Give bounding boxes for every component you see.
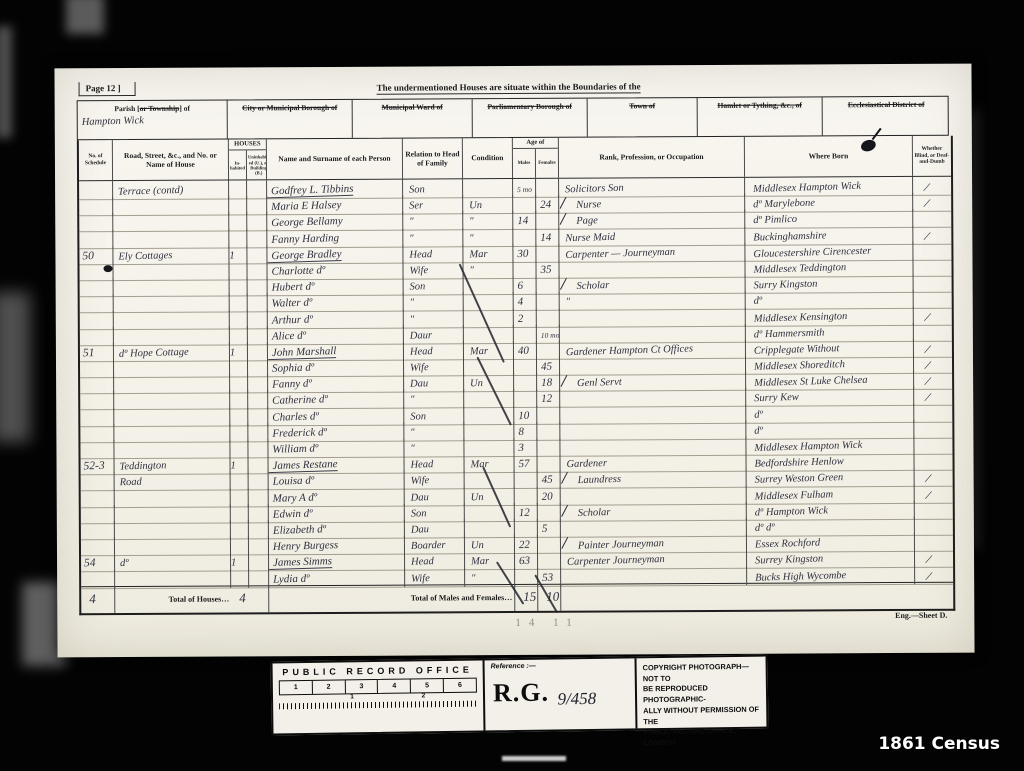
handwritten-entry: Un <box>465 492 484 503</box>
ruler-inch-label: 6 <box>444 679 476 692</box>
decorative-element: ] of <box>179 104 190 113</box>
col-header-road: Road, Street, &c., and No. or Name of Ho… <box>113 139 229 180</box>
scan-artifact <box>0 26 12 138</box>
ink-blot <box>103 265 112 272</box>
handwritten-entry: Un <box>463 201 482 212</box>
handwritten-entry: / <box>914 550 932 566</box>
handwritten-entry: 1 <box>229 251 235 262</box>
handwritten-entry: ″ <box>404 444 415 455</box>
handwritten-entry: 1 <box>230 462 236 473</box>
handwritten-entry: Un <box>464 379 483 390</box>
form-top-row: Page 12 ] The undermentioned Houses are … <box>77 74 949 101</box>
handwritten-entry: 20 <box>538 491 553 502</box>
page-number-label: Page 12 ] <box>79 82 136 96</box>
copyright-line: BE REPRODUCED PHOTOGRAPHIC- <box>643 683 762 706</box>
handwritten-entry: / <box>913 355 931 371</box>
copyright-line: COPYRIGHT PHOTOGRAPH—NOT TO <box>643 662 762 685</box>
ruler-inch-label: 4 <box>378 680 411 693</box>
col-header-occupation: Rank, Profession, or Occupation <box>559 137 745 178</box>
pro-ruler-section: PUBLIC RECORD OFFICE 123456 1 2 <box>273 660 486 733</box>
ruler-inch-label: 1 <box>280 681 313 694</box>
col-header-schedule: No. of Schedule <box>79 140 113 180</box>
handwritten-entry: 6 <box>513 281 523 292</box>
age-group-title: Age of <box>513 138 558 149</box>
handwritten-entry: 12 <box>537 394 552 405</box>
handwritten-entry: dº <box>115 559 129 570</box>
handwritten-entry: 14 <box>536 232 551 243</box>
col-header-infirmity: Whether Blind, or Deaf-and-Dumb <box>913 136 951 176</box>
ruler-cm-label: 1 <box>350 693 354 700</box>
handwritten-entry: Son <box>405 509 427 520</box>
below-table-row: 14 11 Eng.—Sheet D. <box>79 610 951 643</box>
handwritten-entry: 24 <box>536 200 551 211</box>
district-box-label: Ecclesiastical District of <box>823 100 950 110</box>
handwritten-entry: dº <box>746 410 763 421</box>
handwritten-entry: / <box>913 371 931 387</box>
handwritten-entry: William dº <box>268 443 318 455</box>
district-box-label: Municipal Ward of <box>353 102 472 112</box>
age-subheaders: Males Females <box>513 149 558 178</box>
ruler-cm-scale: 1 2 <box>279 695 477 710</box>
handwritten-entry: 10 <box>514 410 529 421</box>
handwritten-entry: / <box>912 226 930 242</box>
handwritten-entry: Arthur dº <box>268 314 313 326</box>
total-houses-value: 4 <box>231 586 246 604</box>
handwritten-entry: Edwin dº <box>269 508 313 520</box>
handwritten-entry: 12 <box>515 507 530 518</box>
handwritten-entry: ″ <box>403 218 414 229</box>
handwritten-entry: dº <box>746 426 763 437</box>
handwritten-entry: Walter dº <box>268 298 313 310</box>
handwritten-entry: 4 <box>514 297 524 308</box>
houses-subheaders: In- habited Uninhabit-ed (U.), or Buildi… <box>229 150 266 179</box>
handwritten-entry: 3 <box>514 443 524 454</box>
handwritten-entry: ″ <box>465 574 476 585</box>
decorative-element: Town of <box>629 101 655 110</box>
handwritten-entry: 40 <box>514 346 529 357</box>
table-body: Terrace (contd)Godfrey L. TibbinsSon5 mo… <box>79 177 953 586</box>
scan-artifact <box>66 0 104 34</box>
handwritten-entry: 63 <box>515 556 530 567</box>
ruler-inch-scale: 123456 <box>279 678 477 696</box>
district-box-label: City or Municipal Borough of <box>228 103 352 113</box>
table-header-row: No. of Schedule Road, Street, &c., and N… <box>79 136 951 182</box>
handwritten-entry: ″ <box>463 217 474 228</box>
handwritten-entry: ″ <box>560 298 571 309</box>
handwritten-entry: 5 mo <box>513 187 537 194</box>
handwritten-entry: Fanny dº <box>268 379 312 391</box>
handwritten-entry: Son <box>404 412 426 423</box>
census-table: No. of Schedule Road, Street, &c., and N… <box>77 136 955 615</box>
handwritten-entry: dº <box>746 297 763 308</box>
pro-reference-strip: PUBLIC RECORD OFFICE 123456 1 2 Referenc… <box>271 655 769 736</box>
handwritten-entry: ″ <box>404 315 415 326</box>
handwritten-entry: Mary A dº <box>269 492 318 504</box>
handwritten-entry: 54 <box>81 558 96 570</box>
reference-number-line: R.G. 9/458 <box>493 677 597 710</box>
handwritten-entry: / <box>913 339 931 355</box>
district-box: Municipal Ward of <box>353 99 473 138</box>
scan-artifact <box>0 292 30 442</box>
district-box-value: Hampton Wick <box>82 116 144 128</box>
handwritten-entry: / <box>913 388 931 404</box>
district-box: City or Municipal Borough of <box>228 100 353 139</box>
decorative-element: Parish [ <box>114 104 139 113</box>
pro-office-title: PUBLIC RECORD OFFICE <box>279 665 477 678</box>
ruler-inch-label: 5 <box>411 679 444 692</box>
footer-blank-cell <box>561 582 969 610</box>
handwritten-entry: 51 <box>80 348 95 360</box>
handwritten-entry: 45 <box>537 475 552 486</box>
district-box: Parish [or Township] ofHampton Wick <box>78 100 228 139</box>
handwritten-entry: 52-3 <box>80 461 104 473</box>
col-header-relation: Relation to Head of Family <box>403 138 463 178</box>
col-header-inhabited: In- habited <box>229 151 247 180</box>
handwritten-entry: 8 <box>514 427 524 438</box>
handwritten-entry: / <box>912 193 930 209</box>
handwritten-entry: 22 <box>515 540 530 551</box>
houses-left-tally: 4 <box>81 587 96 605</box>
handwritten-entry: ″ <box>403 234 414 245</box>
col-header-females: Females <box>536 149 558 178</box>
handwritten-entry: Charles dº <box>268 411 319 423</box>
copyright-notice: COPYRIGHT PHOTOGRAPH—NOT TOBE REPRODUCED… <box>636 657 766 729</box>
handwritten-entry: / <box>913 469 931 485</box>
col-header-condition: Condition <box>463 138 513 178</box>
ruler-inch-label: 2 <box>313 680 346 693</box>
total-houses-label: Total of Houses… <box>115 586 231 613</box>
pencil-totals: 14 11 <box>515 616 579 628</box>
district-box-label: Parliamentary Borough of <box>473 102 587 112</box>
handwritten-entry: Alice dº <box>268 330 307 342</box>
handwritten-entry: 2 <box>514 313 524 324</box>
district-box-label: Parish [or Township] of <box>78 104 227 114</box>
decorative-element: Hamlet or Tything, &c., of <box>717 100 801 109</box>
handwritten-entry: Hubert dº <box>267 282 314 294</box>
handwritten-entry: Bucks High Wycombe <box>747 571 846 584</box>
handwritten-entry: Frederick dº <box>268 427 327 440</box>
handwritten-entry: 18 <box>537 378 552 389</box>
district-box: Parliamentary Borough of <box>473 99 588 138</box>
copyright-line: ALLY WITHOUT PERMISSION OF THE <box>643 705 762 728</box>
handwritten-entry: 10 mo <box>537 332 561 339</box>
handwritten-entry: ″ <box>463 234 474 245</box>
reference-label: Reference :— <box>491 661 629 670</box>
copyright-line: PUBLIC RECORD OFFICE, LONDON <box>643 726 762 749</box>
handwritten-entry: / <box>913 485 931 501</box>
handwritten-entry: Louisa dº <box>268 476 314 488</box>
census-form-sheet: Page 12 ] The undermentioned Houses are … <box>54 64 974 658</box>
ruler-inch-label: 3 <box>345 680 378 693</box>
district-box: Ecclesiastical District of <box>823 97 950 136</box>
district-boxes-row: Parish [or Township] ofHampton WickCity … <box>77 96 949 141</box>
district-box-label: Hamlet or Tything, &c., of <box>698 100 822 110</box>
handwritten-entry: Wife <box>405 574 430 585</box>
handwritten-entry: / <box>914 566 932 582</box>
record-series-code: R.G. <box>493 678 549 708</box>
handwritten-entry: Catherine dº <box>268 395 328 408</box>
scan-artifact <box>502 756 566 761</box>
decorative-element: City or Municipal Borough of <box>242 103 337 112</box>
houses-group-title: HOUSES <box>229 139 266 150</box>
decorative-element: 4 <box>231 586 269 612</box>
handwritten-entry: 14 <box>513 216 528 227</box>
col-header-age-group: Age of Males Females <box>513 138 559 178</box>
decorative-element: Ecclesiastical District of <box>848 100 925 109</box>
ruler-cm-label: 2 <box>422 692 426 699</box>
col-header-uninhabited: Uninhabit-ed (U.), or Building (B.) <box>247 150 267 179</box>
handwritten-entry: / <box>912 307 930 323</box>
handwritten-entry: / <box>912 177 930 193</box>
decorative-element: or Township <box>140 104 180 113</box>
handwritten-entry: 35 <box>536 265 551 276</box>
handwritten-entry: 45 <box>537 362 552 373</box>
situate-heading: The undermentioned Houses are situate wi… <box>377 81 641 94</box>
handwritten-entry: 5 <box>538 524 548 535</box>
handwritten-entry: Charlotte dº <box>267 265 325 278</box>
col-header-houses-group: HOUSES In- habited Uninhabit-ed (U.), or… <box>229 139 267 179</box>
district-box-label: Town of <box>588 101 697 111</box>
decorative-element: 4 <box>81 587 115 613</box>
handwritten-entry: Lydia dº <box>269 573 310 585</box>
pro-reference-section: Reference :— R.G. 9/458 <box>485 658 638 730</box>
handwritten-entry: ″ <box>404 396 415 407</box>
district-box: Town of <box>588 98 698 137</box>
handwritten-entry: 1 <box>231 559 237 570</box>
handwritten-entry: Un <box>465 541 484 552</box>
col-header-where-born: Where Born <box>745 136 913 177</box>
handwritten-entry: Sophia dº <box>268 363 315 375</box>
handwritten-entry: ″ <box>404 299 415 310</box>
decorative-element: Municipal Ward of <box>382 102 443 111</box>
handwritten-entry: Ser <box>403 201 423 212</box>
col-header-males: Males <box>513 149 536 178</box>
reference-piece-number: 9/458 <box>557 689 596 709</box>
decorative-element: Parliamentary Borough of <box>487 102 571 111</box>
handwritten-entry: 30 <box>513 248 528 259</box>
col-header-name: Name and Surname of each Person <box>267 139 403 180</box>
total-males-females-label: Total of Males and Females… <box>269 585 515 612</box>
handwritten-entry: 1 <box>230 348 236 359</box>
photograph-background: Page 12 ] The undermentioned Houses are … <box>0 0 1024 771</box>
handwritten-entry: 57 <box>514 459 529 470</box>
handwritten-entry: 50 <box>79 251 94 263</box>
sheet-label: Eng.—Sheet D. <box>895 610 947 619</box>
census-caption: 1861 Census <box>878 734 1000 754</box>
handwritten-entry: Elizabeth dº <box>269 524 327 537</box>
district-box: Hamlet or Tything, &c., of <box>698 97 823 136</box>
handwritten-entry: ″ <box>404 428 415 439</box>
